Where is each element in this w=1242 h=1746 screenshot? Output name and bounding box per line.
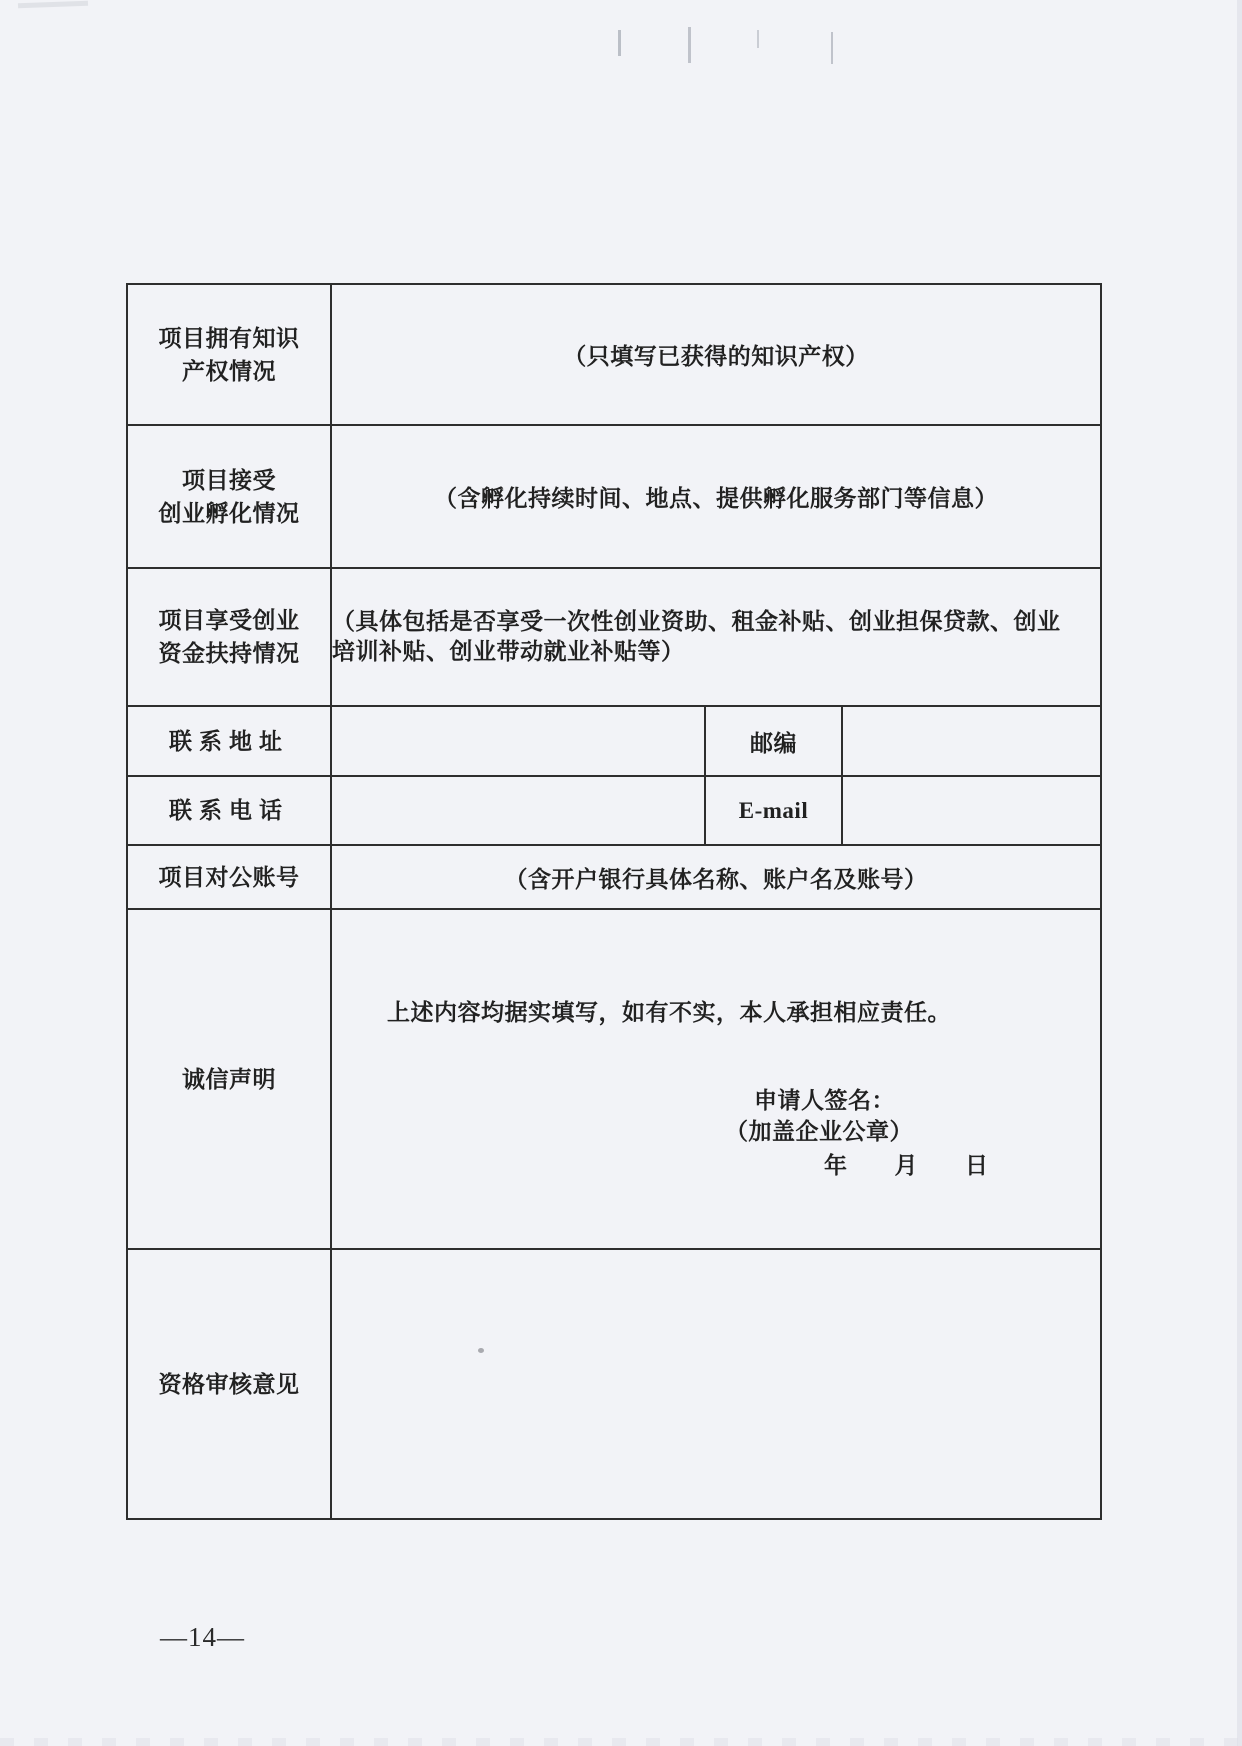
scanned-page: 项目拥有知识 产权情况 （只填写已获得的知识产权） 项目接受 创业孵化情况 （含…: [0, 0, 1242, 1746]
row-label-incubation: 项目接受 创业孵化情况: [127, 425, 331, 568]
row-incubation: 项目接受 创业孵化情况 （含孵化持续时间、地点、提供孵化服务部门等信息）: [127, 425, 1101, 568]
row-label-integrity-declaration: 诚信声明: [127, 909, 331, 1249]
row-label-qualification-review: 资格审核意见: [127, 1249, 331, 1519]
postal-code-field: [842, 706, 1101, 776]
scan-artifact: [831, 32, 833, 64]
cell-integrity-declaration: 上述内容均据实填写，如有不实，本人承担相应责任。 申请人签名： （加盖企业公章）…: [331, 909, 1101, 1249]
scan-edge-artifact: [0, 1738, 1242, 1746]
postal-code-label: 邮编: [705, 706, 842, 776]
row-contact-phone: 联系电话 E-mail: [127, 776, 1101, 845]
row-label-contact-phone: 联系电话: [127, 776, 331, 845]
row-funding-support: 项目享受创业 资金扶持情况 （具体包括是否享受一次性创业资助、租金补贴、创业担保…: [127, 568, 1101, 706]
scan-artifact: [757, 30, 759, 48]
cell-intellectual-property-note: （只填写已获得的知识产权）: [331, 284, 1101, 425]
date-line: 年 月 日: [824, 1147, 989, 1180]
scan-artifact: [618, 30, 621, 56]
scan-edge-artifact: [1237, 0, 1242, 1746]
contact-phone-field: [331, 776, 705, 845]
application-form-table: 项目拥有知识 产权情况 （只填写已获得的知识产权） 项目接受 创业孵化情况 （含…: [126, 283, 1102, 1520]
cell-corporate-account-note: （含开户银行具体名称、账户名及账号）: [331, 845, 1101, 909]
row-label-funding-support: 项目享受创业 资金扶持情况: [127, 568, 331, 706]
cell-funding-support-note: （具体包括是否享受一次性创业资助、租金补贴、创业担保贷款、创业 培训补贴、创业带…: [331, 568, 1101, 706]
row-corporate-account: 项目对公账号 （含开户银行具体名称、账户名及账号）: [127, 845, 1101, 909]
page-number: —14—: [160, 1622, 245, 1653]
declaration-statement: 上述内容均据实填写，如有不实，本人承担相应责任。: [387, 994, 951, 1027]
company-seal-note: （加盖企业公章）: [725, 1113, 913, 1146]
scan-artifact: [688, 27, 691, 63]
contact-address-field: [331, 706, 705, 776]
row-contact-address: 联系地址 邮编: [127, 706, 1101, 776]
applicant-signature-label: 申请人签名：: [754, 1082, 895, 1115]
row-label-corporate-account: 项目对公账号: [127, 845, 331, 909]
cell-incubation-note: （含孵化持续时间、地点、提供孵化服务部门等信息）: [331, 425, 1101, 568]
row-label-contact-address: 联系地址: [127, 706, 331, 776]
email-field: [842, 776, 1101, 845]
row-integrity-declaration: 诚信声明 上述内容均据实填写，如有不实，本人承担相应责任。 申请人签名： （加盖…: [127, 909, 1101, 1249]
scan-artifact: [18, 1, 88, 8]
row-intellectual-property: 项目拥有知识 产权情况 （只填写已获得的知识产权）: [127, 284, 1101, 425]
row-qualification-review: 资格审核意见: [127, 1249, 1101, 1519]
cell-qualification-review: [331, 1249, 1101, 1519]
row-label-intellectual-property: 项目拥有知识 产权情况: [127, 284, 331, 425]
email-label: E-mail: [705, 776, 842, 845]
